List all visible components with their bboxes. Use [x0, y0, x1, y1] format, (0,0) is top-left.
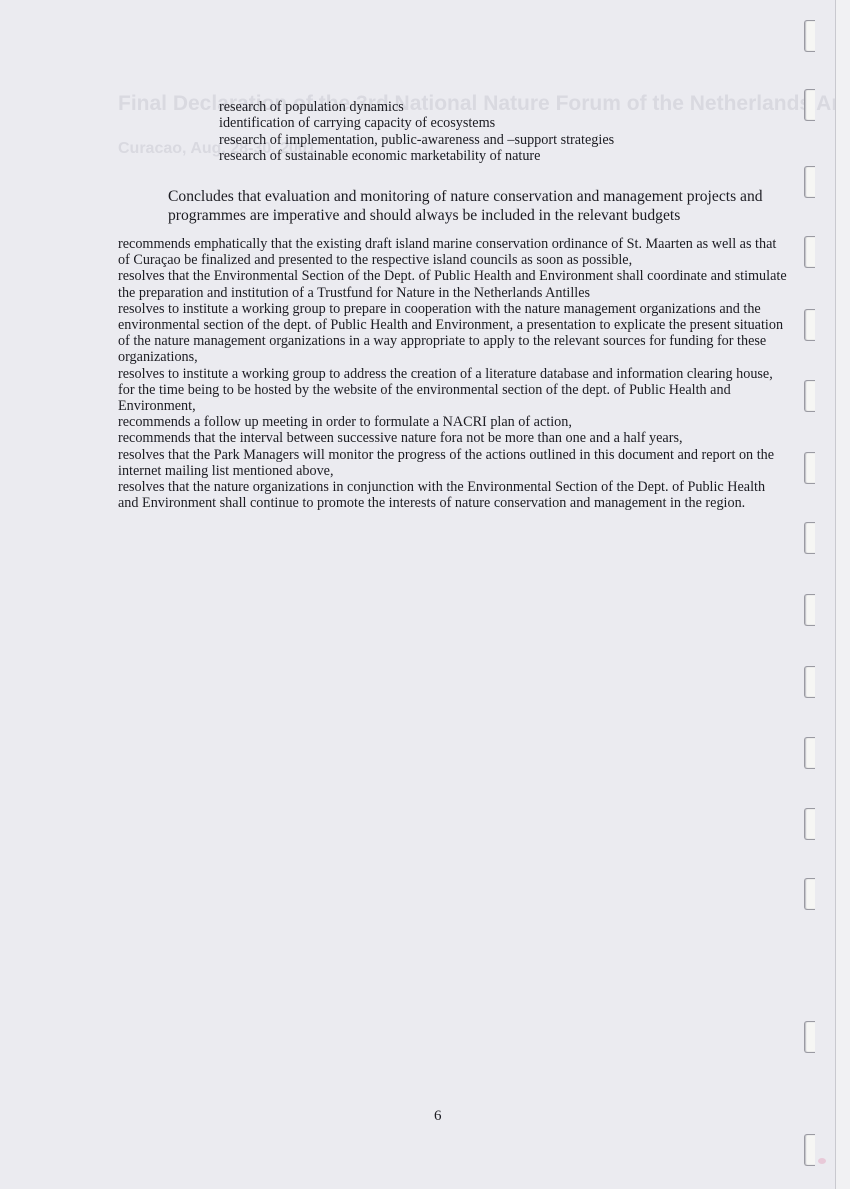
- binder-hole-icon: [804, 1021, 815, 1053]
- binder-hole-icon: [804, 666, 815, 698]
- research-item: research of implementation, public-aware…: [219, 132, 614, 148]
- binder-hole-icon: [804, 878, 815, 910]
- binder-hole-icon: [804, 808, 815, 840]
- research-item: identification of carrying capacity of e…: [219, 115, 614, 131]
- binder-hole-icon: [804, 737, 815, 769]
- resolution-item: resolves that the Environmental Section …: [118, 268, 788, 300]
- resolution-item: recommends that the interval between suc…: [118, 430, 788, 446]
- binder-hole-icon: [804, 594, 815, 626]
- resolution-item: resolves that the nature organizations i…: [118, 479, 788, 511]
- paper-stain: [818, 1158, 826, 1164]
- binder-hole-icon: [804, 166, 815, 198]
- binder-hole-icon: [804, 20, 815, 52]
- resolution-item: recommends a follow up meeting in order …: [118, 414, 788, 430]
- resolution-item: resolves to institute a working group to…: [118, 366, 788, 415]
- binder-hole-icon: [804, 309, 815, 341]
- concludes-paragraph: Concludes that evaluation and monitoring…: [168, 188, 768, 225]
- binder-hole-icon: [804, 522, 815, 554]
- binder-hole-icon: [804, 236, 815, 268]
- resolution-item: resolves that the Park Managers will mon…: [118, 447, 788, 479]
- research-item: research of sustainable economic marketa…: [219, 148, 614, 164]
- page-number: 6: [434, 1108, 442, 1125]
- resolution-item: recommends emphatically that the existin…: [118, 236, 788, 268]
- page-edge: [835, 0, 850, 1189]
- research-item: research of population dynamics: [219, 99, 614, 115]
- resolution-item: resolves to institute a working group to…: [118, 301, 788, 366]
- resolutions-list: recommends emphatically that the existin…: [118, 236, 788, 511]
- document-page: Final Declaration of the 3rd National Na…: [0, 0, 835, 1189]
- binder-hole-icon: [804, 1134, 815, 1166]
- binder-hole-icon: [804, 452, 815, 484]
- research-list: research of population dynamics identifi…: [219, 99, 614, 164]
- binder-hole-icon: [804, 89, 815, 121]
- binder-hole-icon: [804, 380, 815, 412]
